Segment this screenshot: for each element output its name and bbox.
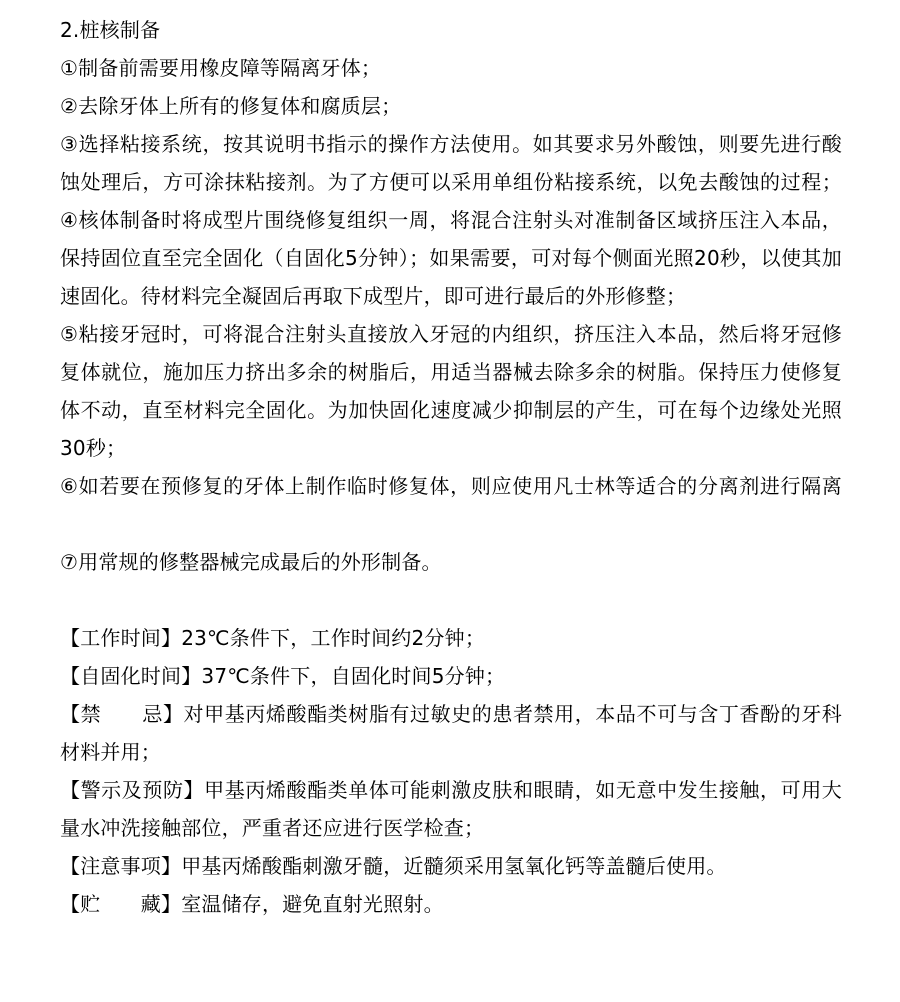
blank-line [60,581,842,619]
text-line: 2.桩核制备 [60,11,842,49]
text-line: 材料并用； [60,733,842,771]
text-line: 保持固位直至完全固化（自固化5分钟）；如果需要，可对每个侧面光照20秒，以使其加 [60,239,842,277]
document-page: 2.桩核制备①制备前需要用橡皮障等隔离牙体；②去除牙体上所有的修复体和腐质层；③… [0,0,900,1002]
text-line: 量水冲洗接触部位，严重者还应进行医学检查； [60,809,842,847]
text-line: 【工作时间】23℃条件下，工作时间约2分钟； [60,619,842,657]
text-line: ⑤粘接牙冠时，可将混合注射头直接放入牙冠的内组织，挤压注入本品，然后将牙冠修 [60,315,842,353]
text-line: 【贮 藏】室温储存，避免直射光照射。 [60,885,842,923]
text-line: 复体就位，施加压力挤出多余的树脂后，用适当器械去除多余的树脂。保持压力使修复 [60,353,842,391]
text-line: ②去除牙体上所有的修复体和腐质层； [60,87,842,125]
text-line: 蚀处理后，方可涂抹粘接剂。为了方便可以采用单组份粘接系统，以免去酸蚀的过程； [60,163,842,201]
document-body: 2.桩核制备①制备前需要用橡皮障等隔离牙体；②去除牙体上所有的修复体和腐质层；③… [60,11,842,923]
text-line: 30秒； [60,429,842,467]
text-line: ③选择粘接系统，按其说明书指示的操作方法使用。如其要求另外酸蚀，则要先进行酸 [60,125,842,163]
text-line: 【注意事项】甲基丙烯酸酯刺激牙髓，近髓须采用氢氧化钙等盖髓后使用。 [60,847,842,885]
text-line: ⑥如若要在预修复的牙体上制作临时修复体，则应使用凡士林等适合的分离剂进行隔离 [60,467,842,505]
text-line: 【警示及预防】甲基丙烯酸酯类单体可能刺激皮肤和眼睛，如无意中发生接触，可用大 [60,771,842,809]
blank-line [60,505,842,543]
text-line: 体不动，直至材料完全固化。为加快固化速度减少抑制层的产生，可在每个边缘处光照 [60,391,842,429]
text-line: 【自固化时间】37℃条件下，自固化时间5分钟； [60,657,842,695]
text-line: ④核体制备时将成型片围绕修复组织一周，将混合注射头对准制备区域挤压注入本品， [60,201,842,239]
text-line: 速固化。待材料完全凝固后再取下成型片，即可进行最后的外形修整； [60,277,842,315]
text-line: ①制备前需要用橡皮障等隔离牙体； [60,49,842,87]
text-line: 【禁 忌】对甲基丙烯酸酯类树脂有过敏史的患者禁用，本品不可与含丁香酚的牙科 [60,695,842,733]
text-line: ⑦用常规的修整器械完成最后的外形制备。 [60,543,842,581]
